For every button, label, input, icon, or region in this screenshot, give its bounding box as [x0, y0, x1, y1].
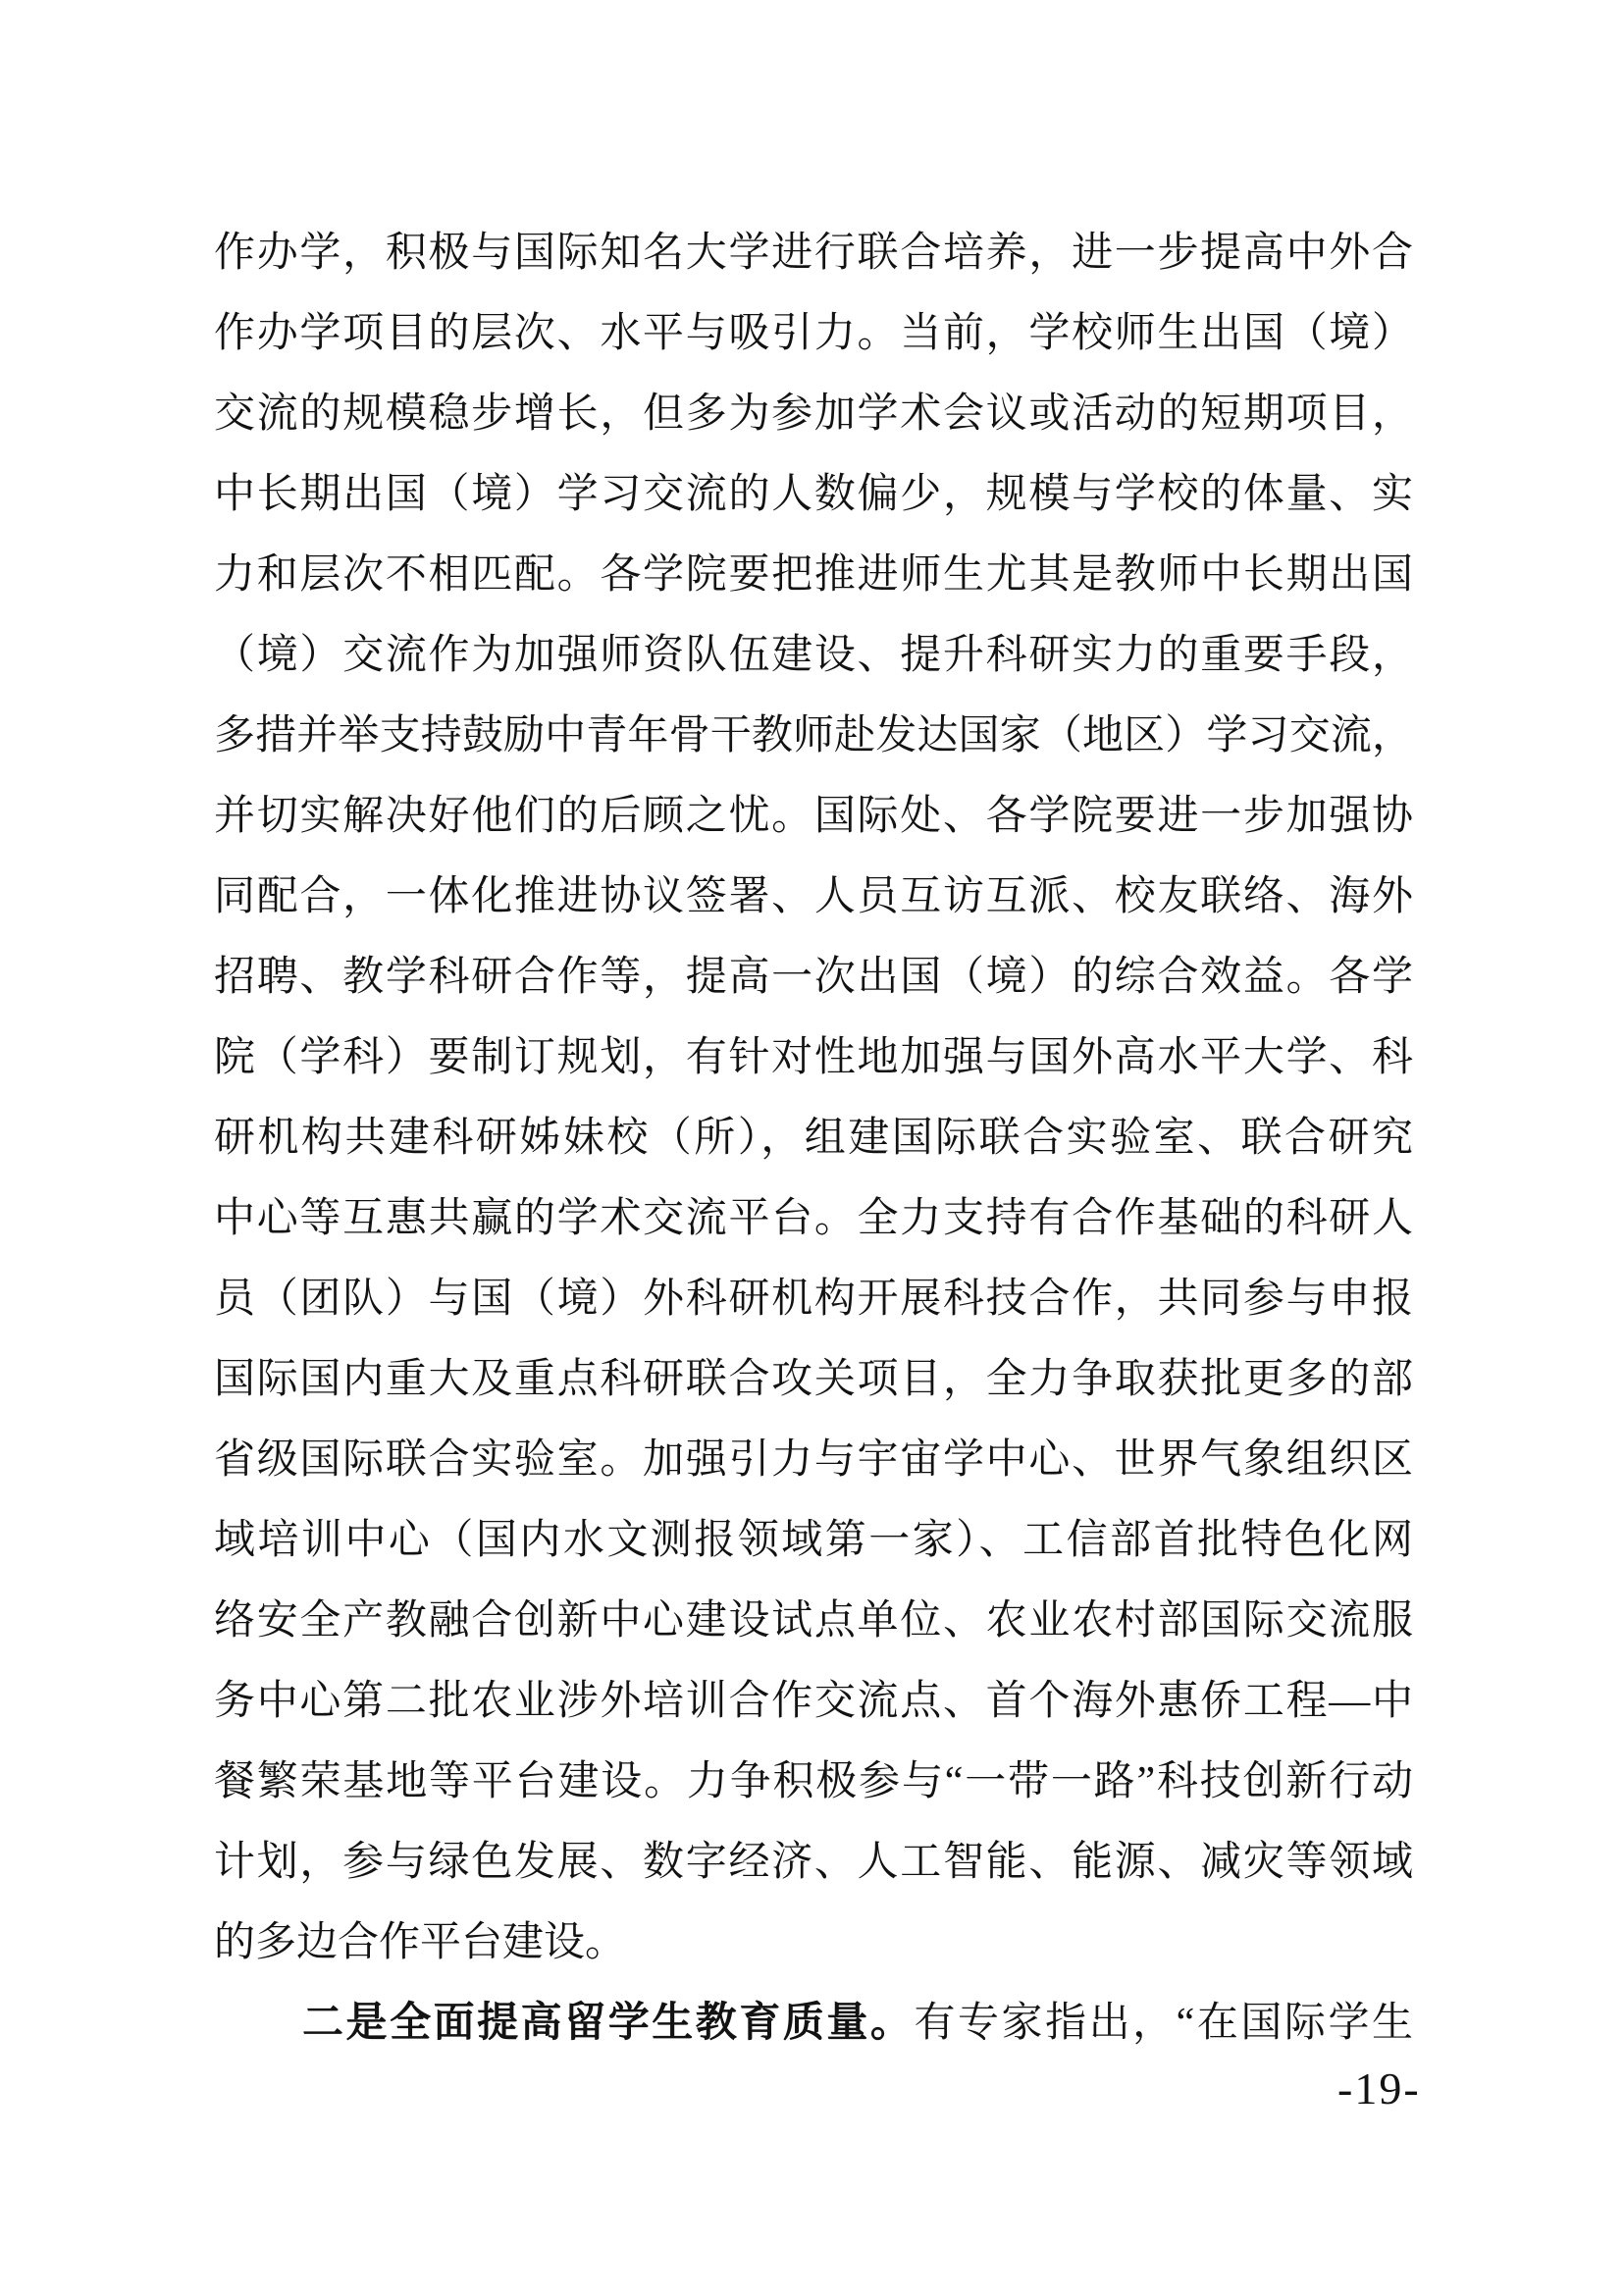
paragraph-line: 并切实解决好他们的后顾之忧。国际处、各学院要进一步加强协 [214, 776, 1413, 857]
paragraph-line: （境）交流作为加强师资队伍建设、提升科研实力的重要手段， [214, 615, 1413, 696]
paragraph-line: 省级国际联合实验室。加强引力与宇宙学中心、世界气象组织区 [214, 1420, 1413, 1500]
paragraph-line: 招聘、教学科研合作等，提高一次出国（境）的综合效益。各学 [214, 937, 1413, 1018]
paragraph-line: 计划，参与绿色发展、数字经济、人工智能、能源、减灾等领域 [214, 1822, 1413, 1903]
paragraph-1: 作办学，积极与国际知名大学进行联合培养，进一步提高中外合作办学项目的层次、水平与… [214, 213, 1413, 1983]
paragraph-2: 二是全面提高留学生教育质量。有专家指出，“在国际学生 [214, 1983, 1413, 2063]
paragraph-line: 同配合，一体化推进协议签署、人员互访互派、校友联络、海外 [214, 857, 1413, 937]
paragraph-line: 力和层次不相匹配。各学院要把推进师生尤其是教师中长期出国 [214, 535, 1413, 615]
paragraph-2-regular-text: 有专家指出，“在国际学生 [914, 2001, 1413, 2046]
paragraph-line: 中长期出国（境）学习交流的人数偏少，规模与学校的体量、实 [214, 454, 1413, 535]
paragraph-line: 域培训中心（国内水文测报领域第一家）、工信部首批特色化网 [214, 1500, 1413, 1581]
document-page: 作办学，积极与国际知名大学进行联合培养，进一步提高中外合作办学项目的层次、水平与… [0, 0, 1624, 2296]
paragraph-line: 交流的规模稳步增长，但多为参加学术会议或活动的短期项目， [214, 374, 1413, 454]
body-text: 作办学，积极与国际知名大学进行联合培养，进一步提高中外合作办学项目的层次、水平与… [214, 213, 1413, 2063]
paragraph-line: 员（团队）与国（境）外科研机构开展科技合作，共同参与申报 [214, 1259, 1413, 1339]
paragraph-line: 的多边合作平台建设。 [214, 1903, 1413, 1983]
paragraph-line: 络安全产教融合创新中心建设试点单位、农业农村部国际交流服 [214, 1581, 1413, 1661]
paragraph-2-bold-lead: 二是全面提高留学生教育质量。 [302, 2001, 914, 2046]
paragraph-line: 务中心第二批农业涉外培训合作交流点、首个海外惠侨工程—中 [214, 1661, 1413, 1742]
paragraph-line: 多措并举支持鼓励中青年骨干教师赴发达国家（地区）学习交流， [214, 696, 1413, 776]
page-number: -19- [1337, 2064, 1421, 2113]
paragraph-line: 院（学科）要制订规划，有针对性地加强与国外高水平大学、科 [214, 1018, 1413, 1098]
paragraph-line: 作办学，积极与国际知名大学进行联合培养，进一步提高中外合 [214, 213, 1413, 293]
paragraph-line: 作办学项目的层次、水平与吸引力。当前，学校师生出国（境） [214, 293, 1413, 374]
paragraph-line: 国际国内重大及重点科研联合攻关项目，全力争取获批更多的部 [214, 1339, 1413, 1420]
paragraph-line: 中心等互惠共赢的学术交流平台。全力支持有合作基础的科研人 [214, 1178, 1413, 1259]
paragraph-line: 研机构共建科研姊妹校（所），组建国际联合实验室、联合研究 [214, 1098, 1413, 1178]
paragraph-line: 餐繁荣基地等平台建设。力争积极参与“一带一路”科技创新行动 [214, 1742, 1413, 1822]
